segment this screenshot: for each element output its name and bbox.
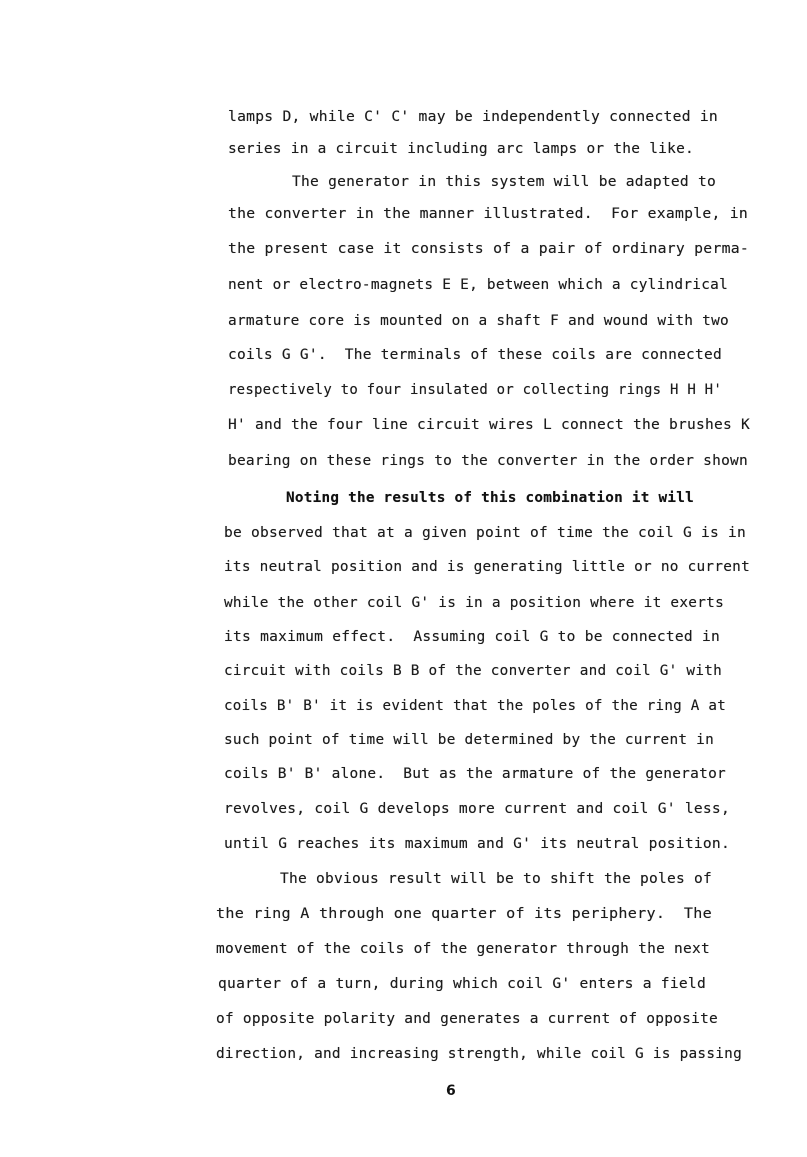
text-line: quarter of a turn, during which coil G' …: [218, 975, 706, 993]
text-line: coils B' B' it is evident that the poles…: [224, 697, 726, 715]
text-line: the converter in the manner illustrated.…: [228, 205, 748, 223]
text-line: H' and the four line circuit wires L con…: [228, 416, 750, 434]
text-line: direction, and increasing strength, whil…: [216, 1045, 742, 1063]
text-line: its maximum effect. Assuming coil G to b…: [224, 628, 720, 646]
document-page: 6 lamps D, while C' C' may be independen…: [0, 0, 807, 1157]
text-line: nent or electro-magnets E E, between whi…: [228, 276, 728, 294]
text-line: its neutral position and is generating l…: [224, 558, 750, 576]
text-line: the present case it consists of a pair o…: [228, 240, 749, 258]
text-line: revolves, coil G develops more current a…: [224, 800, 730, 818]
text-line: until G reaches its maximum and G' its n…: [224, 835, 730, 853]
page-number: 6: [446, 1083, 456, 1099]
text-line: series in a circuit including arc lamps …: [228, 140, 694, 158]
text-line: of opposite polarity and generates a cur…: [216, 1010, 718, 1028]
text-line: respectively to four insulated or collec…: [228, 381, 722, 399]
text-line: coils G G'. The terminals of these coils…: [228, 346, 722, 364]
text-line: The generator in this system will be ada…: [292, 173, 716, 191]
text-line: circuit with coils B B of the converter …: [224, 662, 722, 680]
text-line: armature core is mounted on a shaft F an…: [228, 312, 729, 330]
text-line: the ring A through one quarter of its pe…: [216, 905, 712, 923]
text-line: while the other coil G' is in a position…: [224, 594, 724, 612]
text-line: movement of the coils of the generator t…: [216, 940, 710, 958]
text-line: be observed that at a given point of tim…: [224, 524, 746, 542]
text-line: Noting the results of this combination i…: [286, 489, 694, 507]
text-line: The obvious result will be to shift the …: [280, 870, 712, 888]
text-line: bearing on these rings to the converter …: [228, 452, 748, 470]
text-line: such point of time will be determined by…: [224, 731, 714, 749]
text-line: coils B' B' alone. But as the armature o…: [224, 765, 726, 783]
text-line: lamps D, while C' C' may be independentl…: [228, 108, 718, 126]
